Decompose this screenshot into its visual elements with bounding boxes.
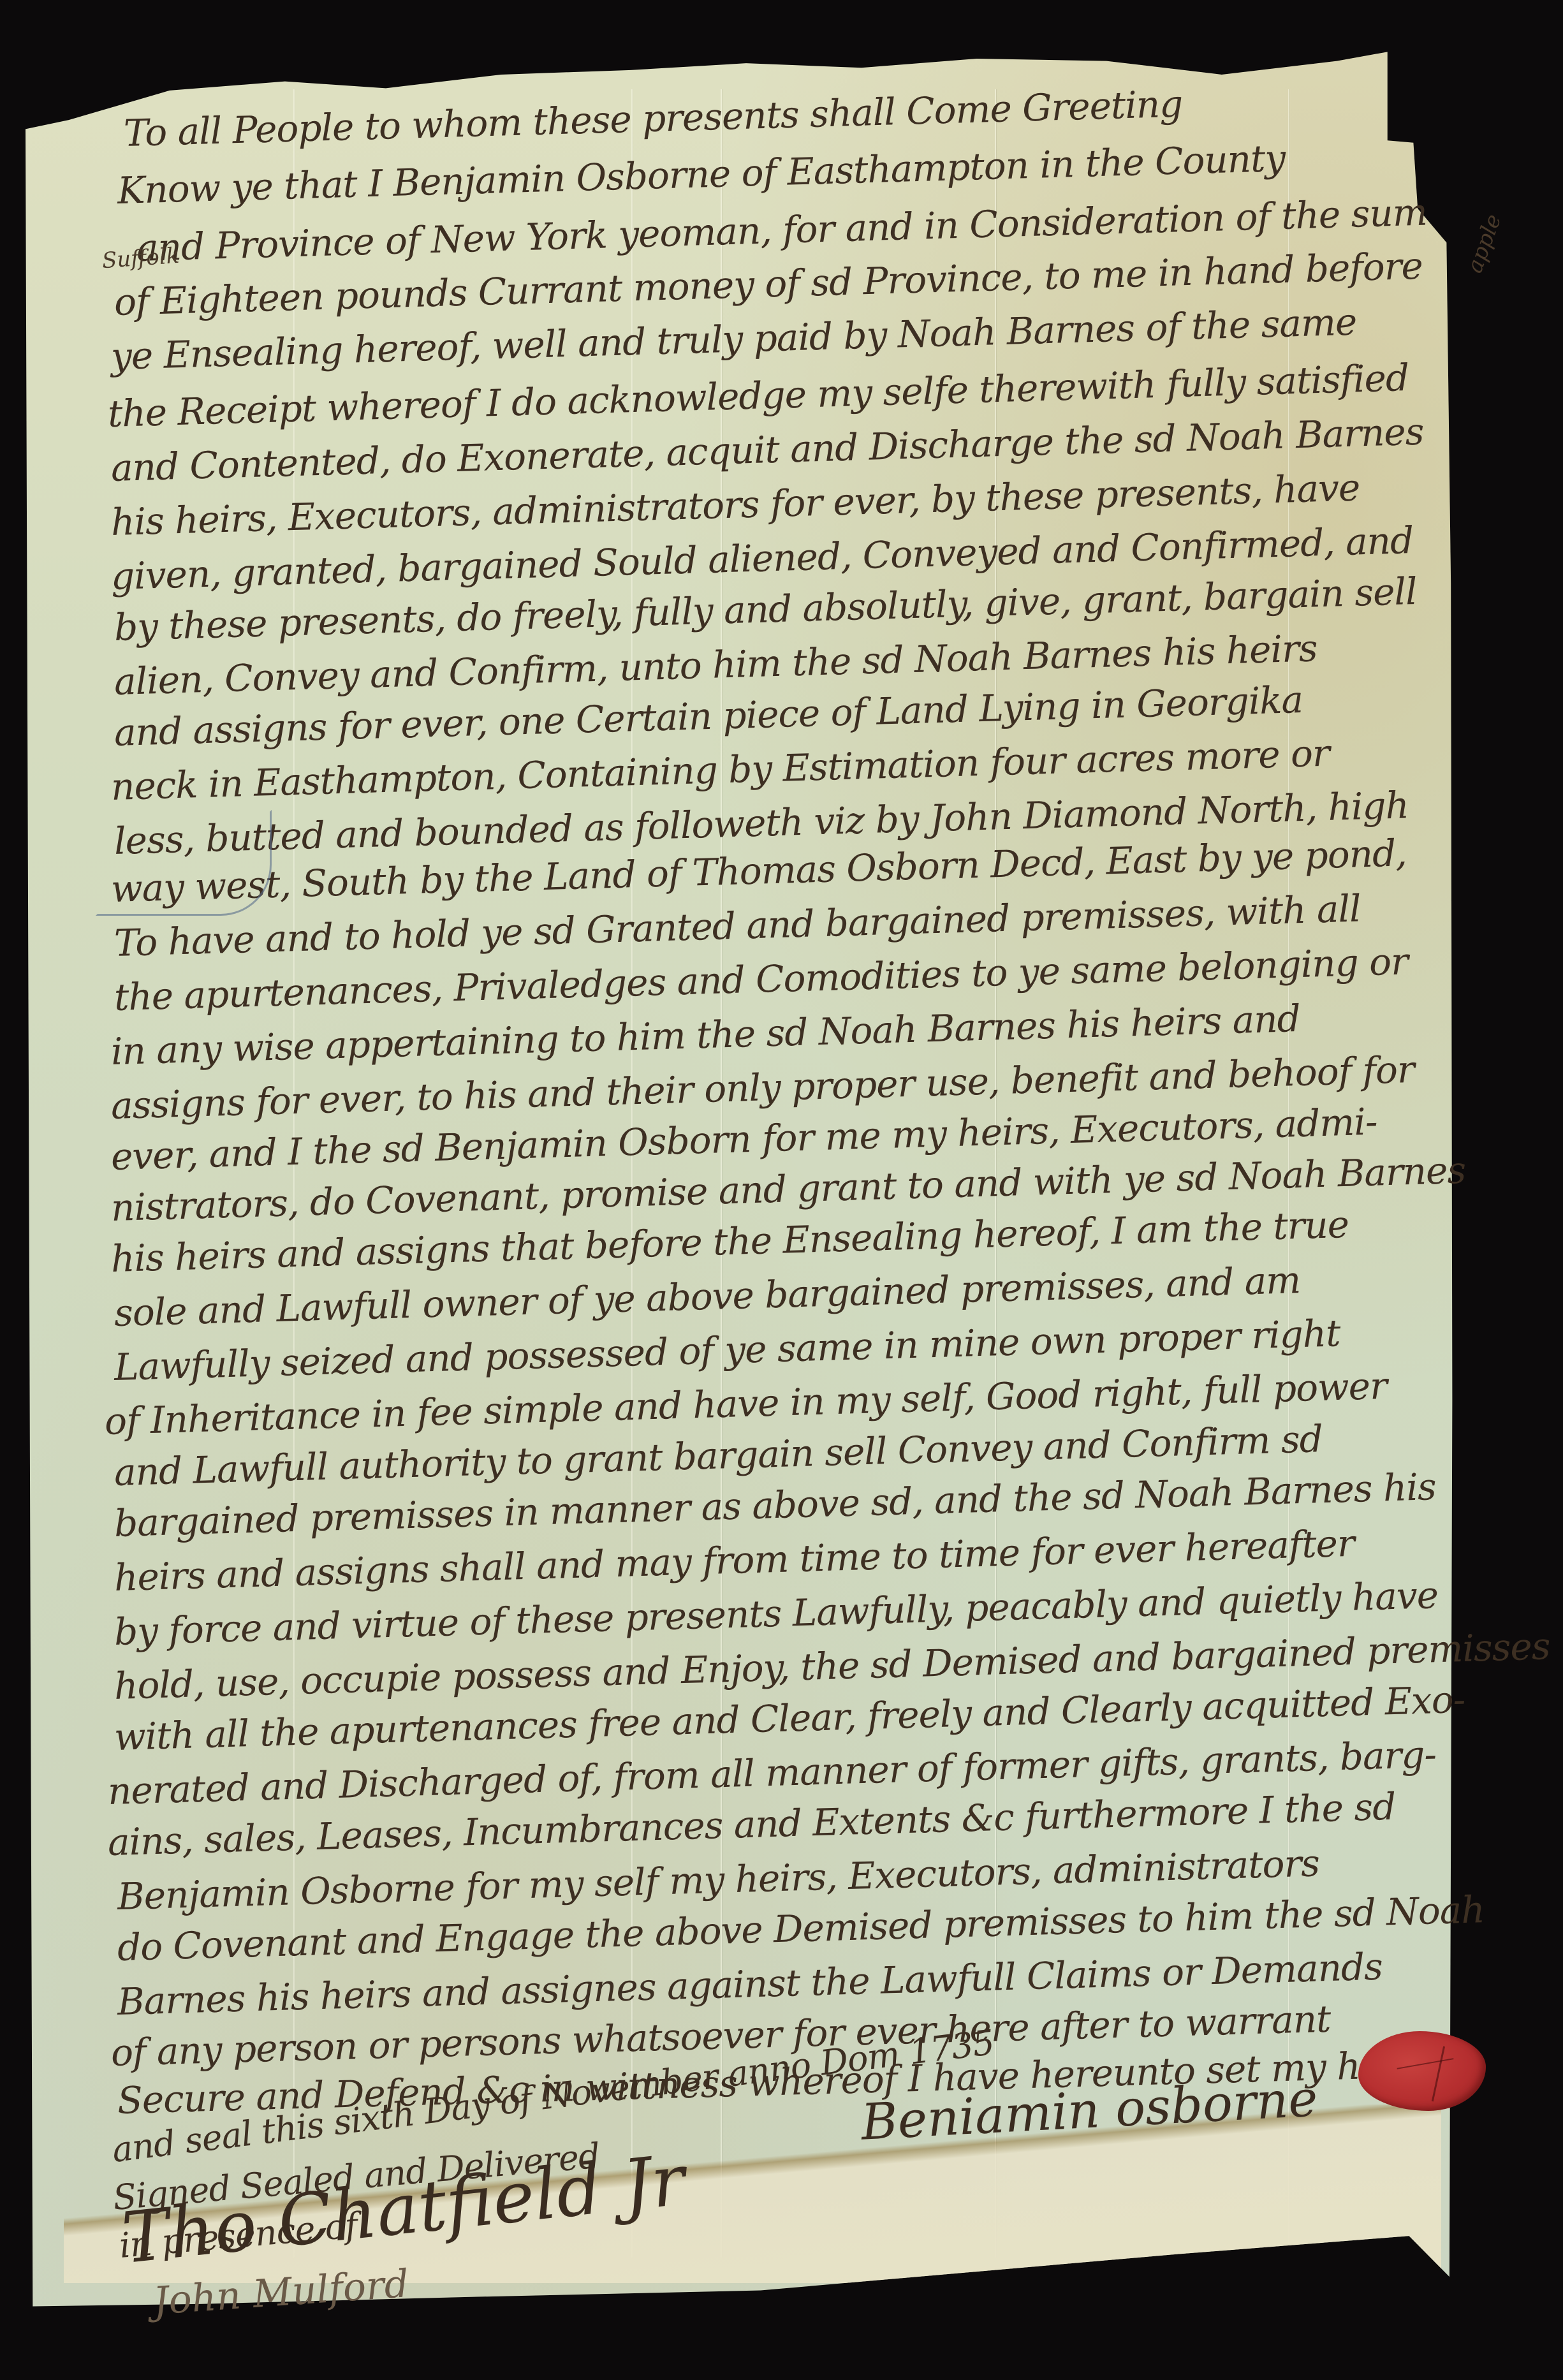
wax-seal	[1358, 2031, 1486, 2111]
pencil-annotation-mark	[96, 810, 272, 916]
margin-note-suffolk: Suffolk	[101, 243, 180, 274]
margin-note-right: apple	[1462, 211, 1506, 277]
